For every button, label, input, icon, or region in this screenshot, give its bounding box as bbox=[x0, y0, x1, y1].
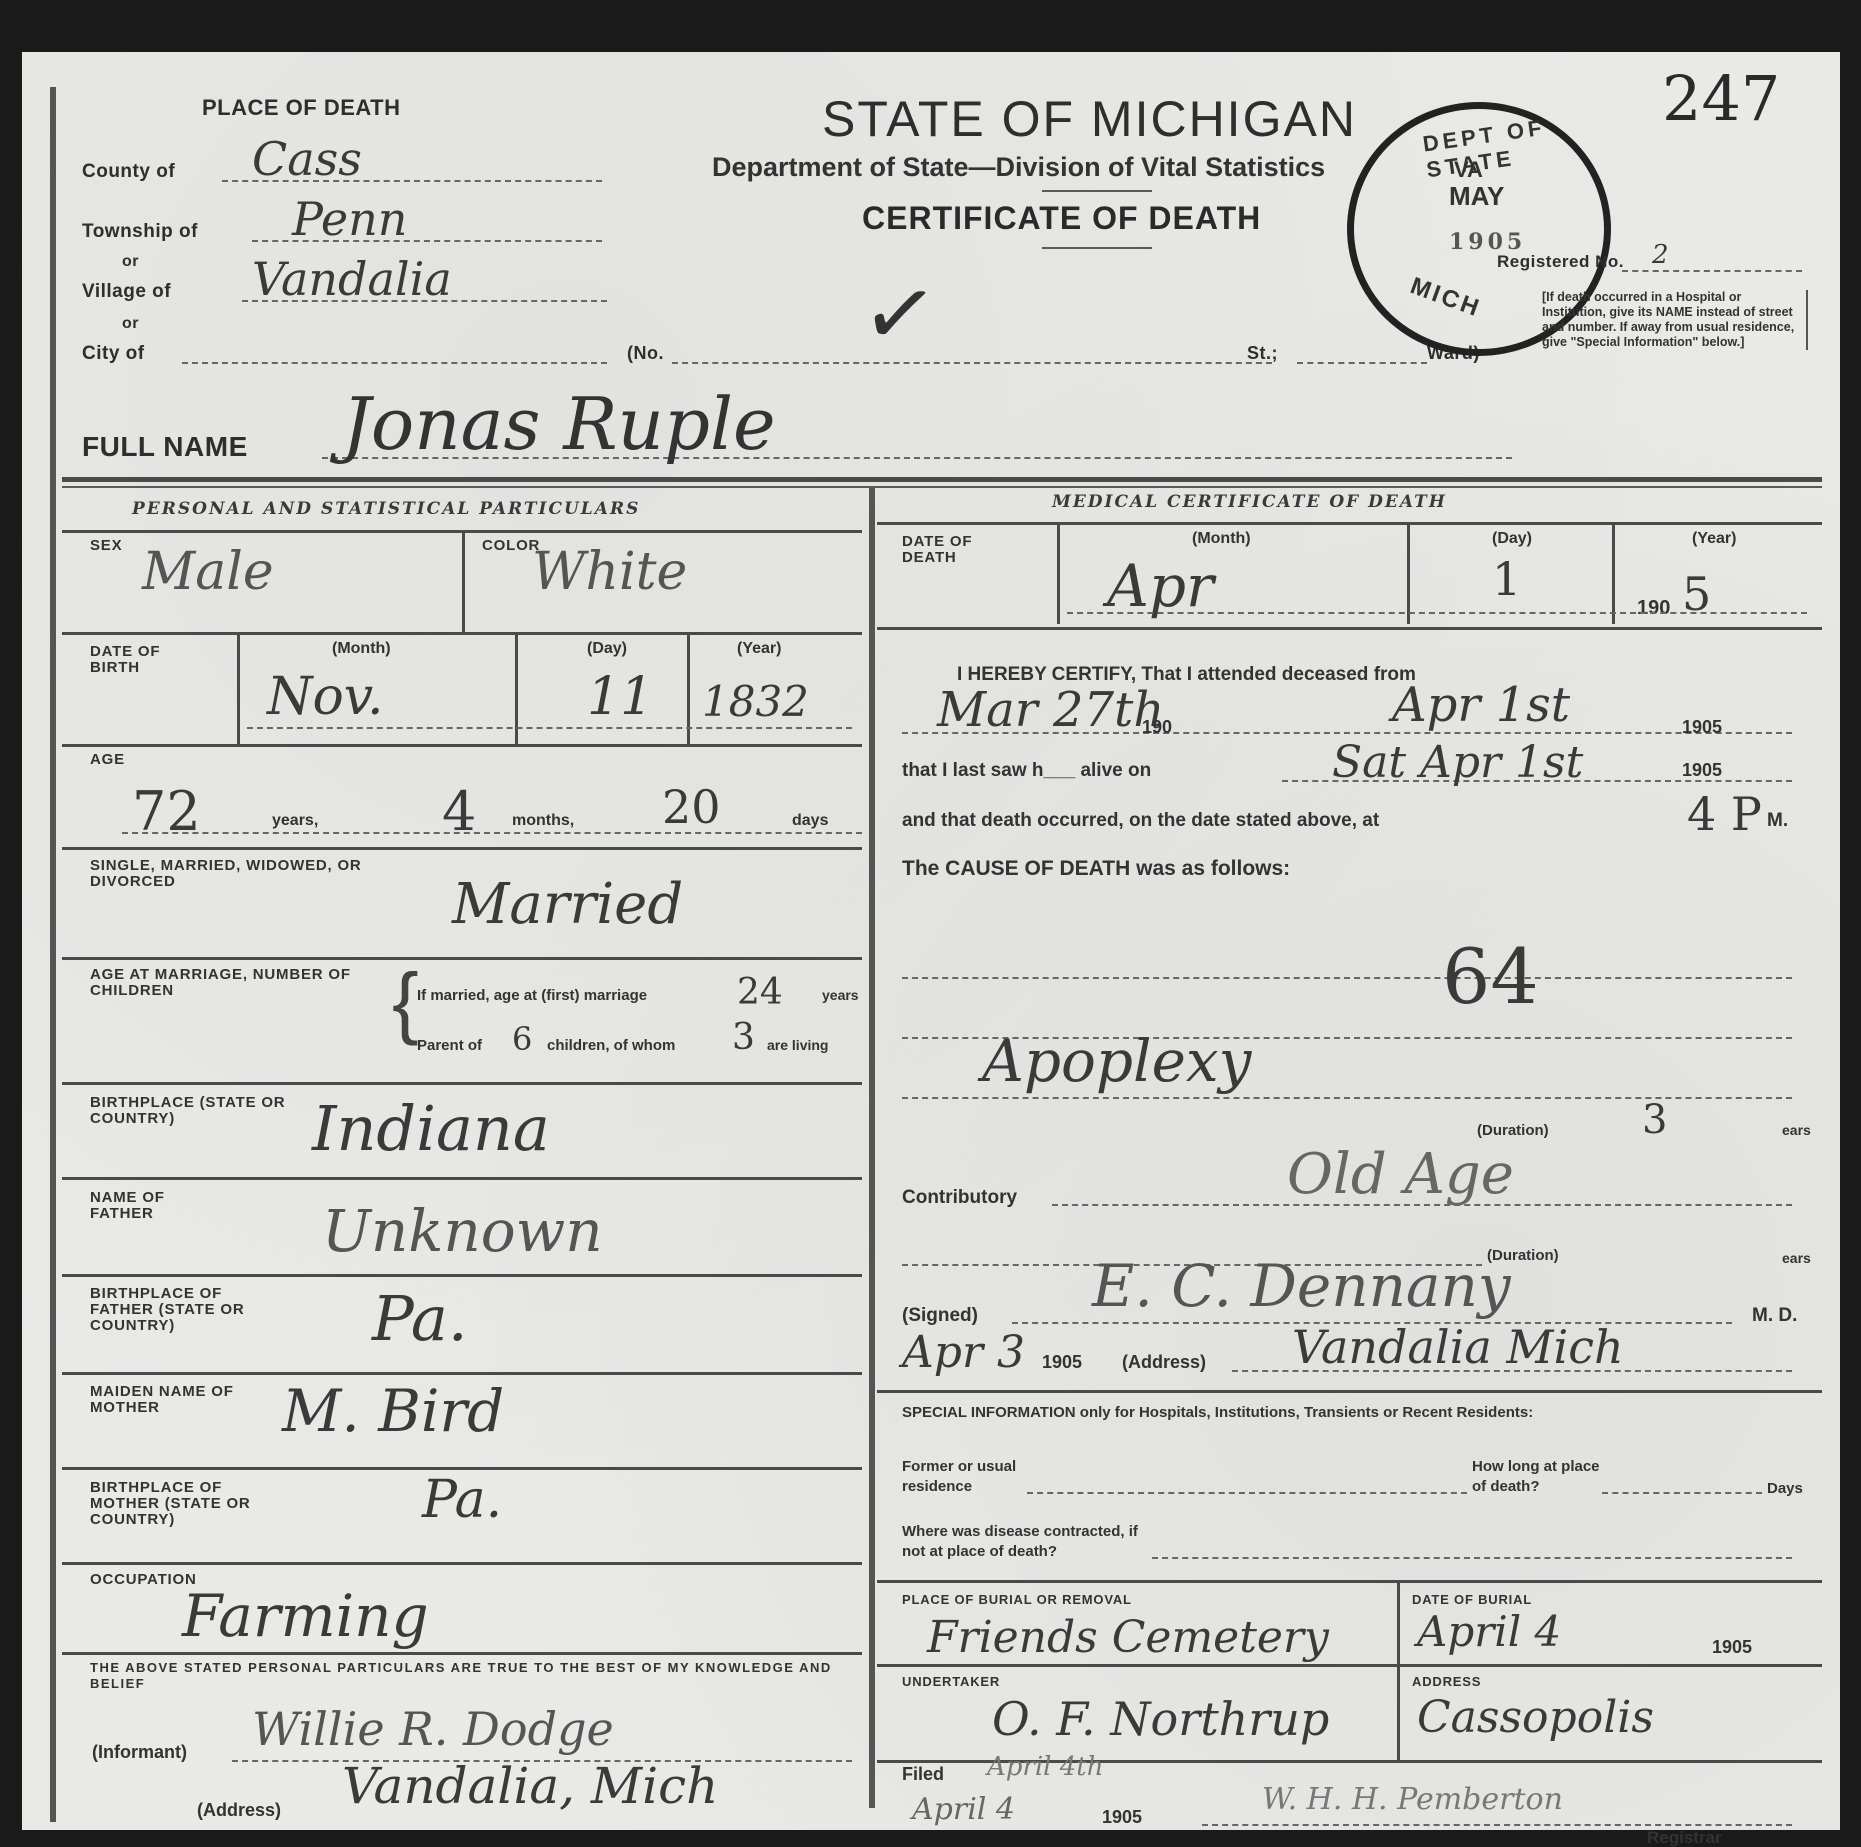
how-long-label: How long at place of death? bbox=[1472, 1457, 1602, 1497]
dob-day-value: 11 bbox=[587, 667, 653, 727]
rule bbox=[62, 744, 862, 747]
contributory-value: Old Age bbox=[1287, 1142, 1514, 1207]
dob-year-label: (Year) bbox=[737, 640, 781, 658]
street-label: St.; bbox=[1247, 344, 1278, 363]
children-living-value: 3 bbox=[732, 1017, 755, 1058]
village-label: Village of bbox=[82, 282, 171, 301]
rule bbox=[62, 1082, 862, 1085]
or-label-1: or bbox=[122, 252, 139, 271]
title-rule-top bbox=[1042, 190, 1152, 192]
cause-label: The CAUSE OF DEATH was as follows: bbox=[902, 857, 1290, 881]
rule bbox=[1407, 524, 1410, 624]
dod-year-label: (Year) bbox=[1692, 530, 1736, 548]
birthplace-label: BIRTHPLACE (State or country) bbox=[90, 1095, 290, 1127]
former-residence-label: Former or usual residence bbox=[902, 1457, 1022, 1497]
registrar-line bbox=[1202, 1824, 1792, 1826]
sex-value: Male bbox=[142, 542, 274, 602]
occupation-label: OCCUPATION bbox=[90, 1572, 197, 1588]
brace: { bbox=[392, 962, 419, 1042]
death-certificate: PLACE OF DEATH County of Cass Township o… bbox=[22, 52, 1840, 1830]
hospital-note: [If death occurred in a Hospital or Inst… bbox=[1542, 290, 1808, 350]
children-count-value: 6 bbox=[512, 1020, 532, 1058]
registered-no-line bbox=[1622, 270, 1802, 272]
medical-section-heading: MEDICAL CERTIFICATE OF DEATH bbox=[1052, 492, 1447, 512]
form-title: CERTIFICATE OF DEATH bbox=[862, 200, 1261, 237]
informant-address-value: Vandalia, Mich bbox=[342, 1757, 718, 1815]
undertaker-address-label: ADDRESS bbox=[1412, 1674, 1481, 1690]
cause-line-1 bbox=[902, 977, 1792, 979]
rule bbox=[62, 1274, 862, 1277]
contracted-line bbox=[1152, 1557, 1792, 1559]
age-at-marriage-label: AGE AT MARRIAGE, NUMBER OF CHILDREN bbox=[90, 967, 370, 999]
county-label: County of bbox=[82, 162, 175, 181]
rule bbox=[877, 1390, 1822, 1393]
duration-label: (Duration) bbox=[1477, 1122, 1549, 1139]
signed-year: 1905 bbox=[1042, 1352, 1082, 1373]
burial-place-label: PLACE OF BURIAL OR REMOVAL bbox=[902, 1592, 1132, 1608]
contracted-label: Where was disease contracted, if not at … bbox=[902, 1522, 1162, 1562]
last-saw-year: 1905 bbox=[1682, 760, 1722, 781]
informant-label: (Informant) bbox=[92, 1742, 187, 1763]
undertaker-address-value: Cassopolis bbox=[1417, 1692, 1654, 1743]
city-label: City of bbox=[82, 344, 145, 363]
full-name-label: FULL NAME bbox=[82, 432, 248, 462]
rule bbox=[62, 632, 862, 635]
death-time-value: 4 P bbox=[1687, 787, 1762, 841]
days-label: days bbox=[792, 812, 828, 830]
personal-section-heading: PERSONAL AND STATISTICAL PARTICULARS bbox=[132, 499, 640, 519]
how-long-line bbox=[1602, 1492, 1762, 1494]
death-time-suffix: M. bbox=[1767, 810, 1788, 832]
certificate-number: 247 bbox=[1662, 62, 1780, 135]
registrar-label: Registrar bbox=[1647, 1828, 1722, 1847]
rule bbox=[462, 532, 465, 632]
dod-month-label: (Month) bbox=[1192, 530, 1251, 548]
filed-year: 1905 bbox=[1102, 1807, 1142, 1828]
mother-birthplace-value: Pa. bbox=[422, 1470, 502, 1530]
months-label: months, bbox=[512, 812, 574, 830]
title-rule-bottom bbox=[1042, 247, 1152, 249]
occupation-value: Farming bbox=[182, 1582, 429, 1650]
code-number: 64 bbox=[1442, 932, 1539, 1021]
stamp-month: MAY bbox=[1449, 181, 1504, 212]
color-value: White bbox=[532, 542, 687, 602]
attended-to-year: 1905 bbox=[1682, 717, 1722, 738]
street-no-label: (No. bbox=[627, 344, 664, 363]
attended-to-value: Apr 1st bbox=[1392, 677, 1570, 733]
dod-line bbox=[1067, 612, 1807, 614]
marital-label: SINGLE, MARRIED, WIDOWED, OR DIVORCED bbox=[90, 858, 430, 890]
md-label: M. D. bbox=[1752, 1305, 1797, 1327]
signed-value: E. C. Dennany bbox=[1092, 1252, 1511, 1320]
contributory-label: Contributory bbox=[902, 1187, 1017, 1209]
mother-name-label: MAIDEN NAME OF MOTHER bbox=[90, 1384, 290, 1416]
death-time-text: and that death occurred, on the date sta… bbox=[902, 810, 1379, 832]
rule bbox=[1057, 524, 1060, 624]
last-saw-text: that I last saw h___ alive on bbox=[902, 760, 1151, 782]
place-of-death-heading: PLACE OF DEATH bbox=[202, 98, 400, 117]
township-value: Penn bbox=[292, 192, 407, 246]
rule bbox=[1612, 524, 1615, 624]
burial-year: 1905 bbox=[1712, 1637, 1752, 1658]
registered-no-label: Registered No. bbox=[1497, 252, 1624, 271]
rule bbox=[62, 1562, 862, 1565]
marital-value: Married bbox=[452, 872, 683, 937]
dod-year-prefix: 190 bbox=[1637, 597, 1670, 620]
registered-no-value: 2 bbox=[1652, 240, 1669, 270]
signature-address-value: Vandalia Mich bbox=[1292, 1320, 1624, 1374]
cause-value: Apoplexy bbox=[982, 1027, 1251, 1095]
parent-of-text: Parent of bbox=[417, 1037, 482, 1054]
column-divider bbox=[869, 488, 875, 1808]
age-days-value: 20 bbox=[662, 780, 721, 834]
stamp-line1: VA bbox=[1454, 157, 1483, 183]
dob-day-label: (Day) bbox=[587, 640, 627, 658]
registrar-signature: W. H. H. Pemberton bbox=[1262, 1782, 1563, 1817]
mother-name-value: M. Bird bbox=[282, 1377, 504, 1445]
duration2-suffix: ears bbox=[1782, 1250, 1811, 1266]
rule bbox=[877, 522, 1822, 525]
burial-place-value: Friends Cemetery bbox=[927, 1612, 1329, 1663]
dod-day-label: (Day) bbox=[1492, 530, 1532, 548]
former-residence-line bbox=[1027, 1492, 1467, 1494]
father-name-label: NAME OF FATHER bbox=[90, 1190, 230, 1222]
years-label: years, bbox=[272, 812, 318, 830]
signature-address-label: (Address) bbox=[1122, 1352, 1206, 1373]
age-at-marriage-text: If married, age at (first) marriage bbox=[417, 987, 647, 1004]
name-rule-2 bbox=[62, 486, 1822, 488]
checkmark-icon: ✓ bbox=[855, 257, 944, 371]
name-rule bbox=[62, 477, 1822, 482]
special-info-text: SPECIAL INFORMATION only for Hospitals, … bbox=[902, 1404, 1533, 1421]
state-title: STATE OF MICHIGAN bbox=[822, 90, 1357, 148]
city-line bbox=[182, 362, 607, 364]
ward-line bbox=[1297, 362, 1427, 364]
rule bbox=[62, 1652, 862, 1655]
department-title: Department of State—Division of Vital St… bbox=[712, 152, 1325, 183]
rule bbox=[237, 634, 240, 744]
how-long-days-label: Days bbox=[1767, 1480, 1803, 1497]
stamp-top-text: DEPT OF STATE bbox=[1421, 107, 1606, 184]
county-value: Cass bbox=[252, 132, 362, 186]
duration-value: 3 bbox=[1642, 1097, 1667, 1143]
last-saw-value: Sat Apr 1st bbox=[1332, 737, 1583, 788]
filed-label: Filed bbox=[902, 1764, 944, 1785]
rule bbox=[877, 1664, 1822, 1667]
father-name-value: Unknown bbox=[322, 1197, 603, 1265]
filed-date-value: April 4 bbox=[912, 1792, 1015, 1827]
informant-value: Willie R. Dodge bbox=[252, 1702, 614, 1756]
undertaker-label: UNDERTAKER bbox=[902, 1674, 1000, 1690]
rule bbox=[1397, 1582, 1400, 1762]
dob-label: DATE OF BIRTH bbox=[90, 644, 210, 676]
dod-month-value: Apr bbox=[1107, 552, 1214, 620]
birthplace-value: Indiana bbox=[312, 1092, 550, 1165]
rule bbox=[62, 1372, 862, 1375]
township-label: Township of bbox=[82, 222, 198, 241]
age-at-marriage-suffix: years bbox=[822, 987, 859, 1003]
undertaker-value: O. F. Northrup bbox=[992, 1692, 1329, 1746]
signed-label: (Signed) bbox=[902, 1305, 978, 1327]
or-label-2: or bbox=[122, 314, 139, 333]
father-birthplace-value: Pa. bbox=[372, 1282, 468, 1355]
signed-date-value: Apr 3 bbox=[902, 1327, 1025, 1378]
dob-line bbox=[247, 727, 852, 729]
age-line bbox=[122, 832, 862, 834]
rule bbox=[62, 1177, 862, 1180]
age-label: AGE bbox=[90, 752, 125, 768]
street-line bbox=[672, 362, 1272, 364]
burial-date-label: DATE OF BURIAL bbox=[1412, 1592, 1532, 1608]
dob-year-value: 1832 bbox=[702, 677, 809, 726]
filed-value: April 4th bbox=[987, 1752, 1103, 1782]
dod-day-value: 1 bbox=[1492, 552, 1521, 606]
mother-birthplace-label: BIRTHPLACE OF MOTHER (State or country) bbox=[90, 1480, 290, 1528]
age-at-marriage-value: 24 bbox=[737, 972, 783, 1013]
sex-label: SEX bbox=[90, 538, 122, 554]
village-value: Vandalia bbox=[252, 252, 452, 306]
dob-month-label: (Month) bbox=[332, 640, 391, 658]
burial-date-value: April 4 bbox=[1417, 1607, 1561, 1656]
informant-address-label: (Address) bbox=[197, 1800, 281, 1821]
attestation-text: THE ABOVE STATED PERSONAL PARTICULARS AR… bbox=[90, 1660, 850, 1692]
dod-label: DATE OF DEATH bbox=[902, 534, 1022, 566]
attended-from-year: 190 bbox=[1142, 717, 1172, 738]
children-text: children, of whom bbox=[547, 1037, 675, 1054]
rule bbox=[62, 957, 862, 960]
duration-suffix: ears bbox=[1782, 1122, 1811, 1138]
stamp-bottom-text: MICH bbox=[1406, 272, 1484, 323]
rule bbox=[877, 627, 1822, 630]
attended-from-value: Mar 27th bbox=[937, 682, 1164, 738]
rule bbox=[877, 1580, 1822, 1583]
binding-rule bbox=[50, 87, 56, 1822]
rule bbox=[62, 847, 862, 850]
dob-month-value: Nov. bbox=[267, 667, 384, 727]
living-text: are living bbox=[767, 1037, 828, 1053]
full-name-value: Jonas Ruple bbox=[342, 382, 776, 466]
father-birthplace-label: BIRTHPLACE OF FATHER (State or country) bbox=[90, 1286, 290, 1334]
